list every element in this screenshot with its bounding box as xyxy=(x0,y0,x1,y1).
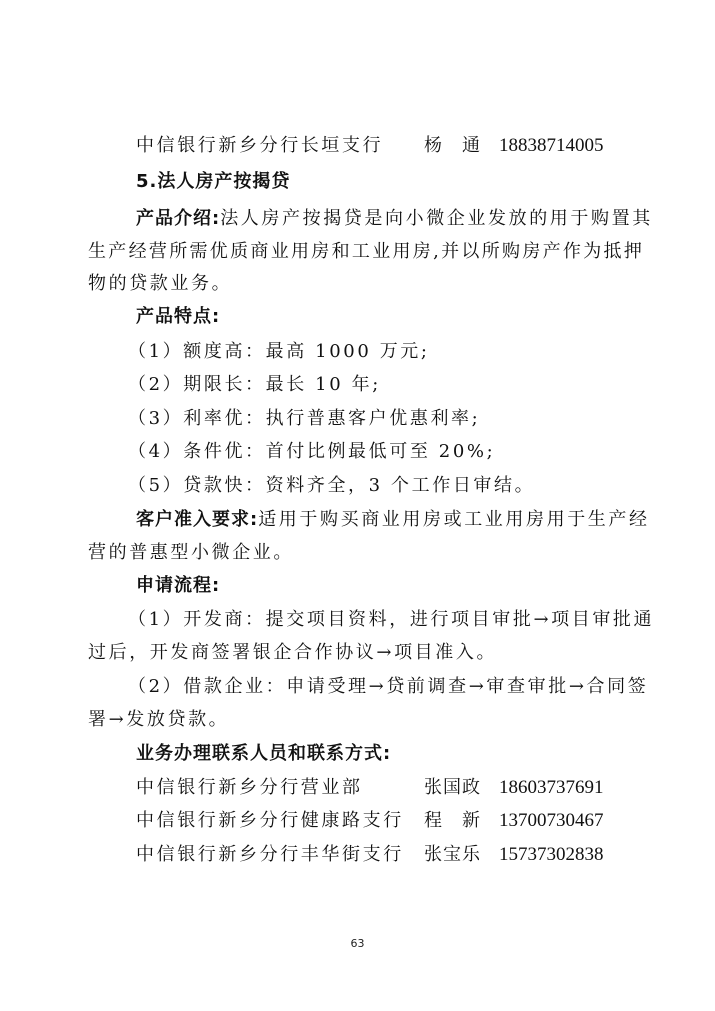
intro-paragraph-line-3: 物的贷款业务。 xyxy=(88,272,232,296)
intro-paragraph-line-1: 产品介绍:法人房产按揭贷是向小微企业发放的用于购置其 xyxy=(136,207,653,231)
contact-phone: 15737302838 xyxy=(499,843,604,867)
features-heading: 产品特点: xyxy=(136,305,220,329)
process-step-2-line-1: （2）借款企业：申请受理→贷前调查→审查审批→合同签 xyxy=(128,675,648,699)
contact-person: 张国政 xyxy=(424,776,481,800)
feature-item-5: （5）贷款快：资料齐全，3 个工作日审结。 xyxy=(128,474,535,498)
branch-name: 中信银行新乡分行健康路支行 xyxy=(136,809,404,833)
section-title: 5.法人房产按揭贷 xyxy=(136,170,290,194)
document-page: 中信银行新乡分行长垣支行 杨 通 18838714005 5.法人房产按揭贷 产… xyxy=(0,0,715,1011)
contact-row: 中信银行新乡分行营业部 张国政 18603737691 xyxy=(136,776,616,800)
feature-item-2: （2）期限长：最长 10 年; xyxy=(128,373,381,397)
process-heading: 申请流程: xyxy=(136,574,220,598)
process-step-2-line-2: 署→发放贷款。 xyxy=(88,708,229,732)
feature-item-1: （1）额度高：最高 1000 万元; xyxy=(128,340,430,364)
contact-phone: 18603737691 xyxy=(499,776,604,800)
requirements-paragraph-line-1: 客户准入要求:适用于购买商业用房或工业用房用于生产经 xyxy=(136,508,650,532)
contact-row: 中信银行新乡分行健康路支行 程 新 13700730467 xyxy=(136,809,616,833)
branch-name: 中信银行新乡分行营业部 xyxy=(136,776,363,800)
contact-phone: 18838714005 xyxy=(499,134,604,158)
process-step-1-line-1: （1）开发商：提交项目资料，进行项目审批→项目审批通 xyxy=(128,608,654,632)
intro-label: 产品介绍: xyxy=(136,208,220,229)
contacts-heading: 业务办理联系人员和联系方式: xyxy=(136,742,391,766)
contact-row: 中信银行新乡分行丰华街支行 张宝乐 15737302838 xyxy=(136,843,616,867)
contact-person: 张宝乐 xyxy=(424,843,481,867)
intro-paragraph-line-2: 生产经营所需优质商业用房和工业用房,并以所购房产作为抵押 xyxy=(88,240,644,264)
requirements-paragraph-line-2: 营的普惠型小微企业。 xyxy=(88,541,294,565)
feature-item-3: （3）利率优：执行普惠客户优惠利率; xyxy=(128,407,480,431)
page-number: 63 xyxy=(0,937,715,950)
contact-phone: 13700730467 xyxy=(499,809,604,833)
feature-item-4: （4）条件优：首付比例最低可至 20%; xyxy=(128,440,495,464)
requirements-text: 适用于购买商业用房或工业用房用于生产经 xyxy=(258,509,649,530)
branch-name: 中信银行新乡分行长垣支行 xyxy=(136,134,383,158)
contact-person: 杨 通 xyxy=(424,134,481,158)
contact-row-changyuan: 中信银行新乡分行长垣支行 杨 通 18838714005 xyxy=(136,134,616,158)
contact-person: 程 新 xyxy=(424,809,481,833)
process-step-1-line-2: 过后，开发商签署银企合作协议→项目准入。 xyxy=(88,641,497,665)
requirements-label: 客户准入要求: xyxy=(136,509,258,530)
branch-name: 中信银行新乡分行丰华街支行 xyxy=(136,843,404,867)
intro-text: 法人房产按揭贷是向小微企业发放的用于购置其 xyxy=(220,208,653,229)
